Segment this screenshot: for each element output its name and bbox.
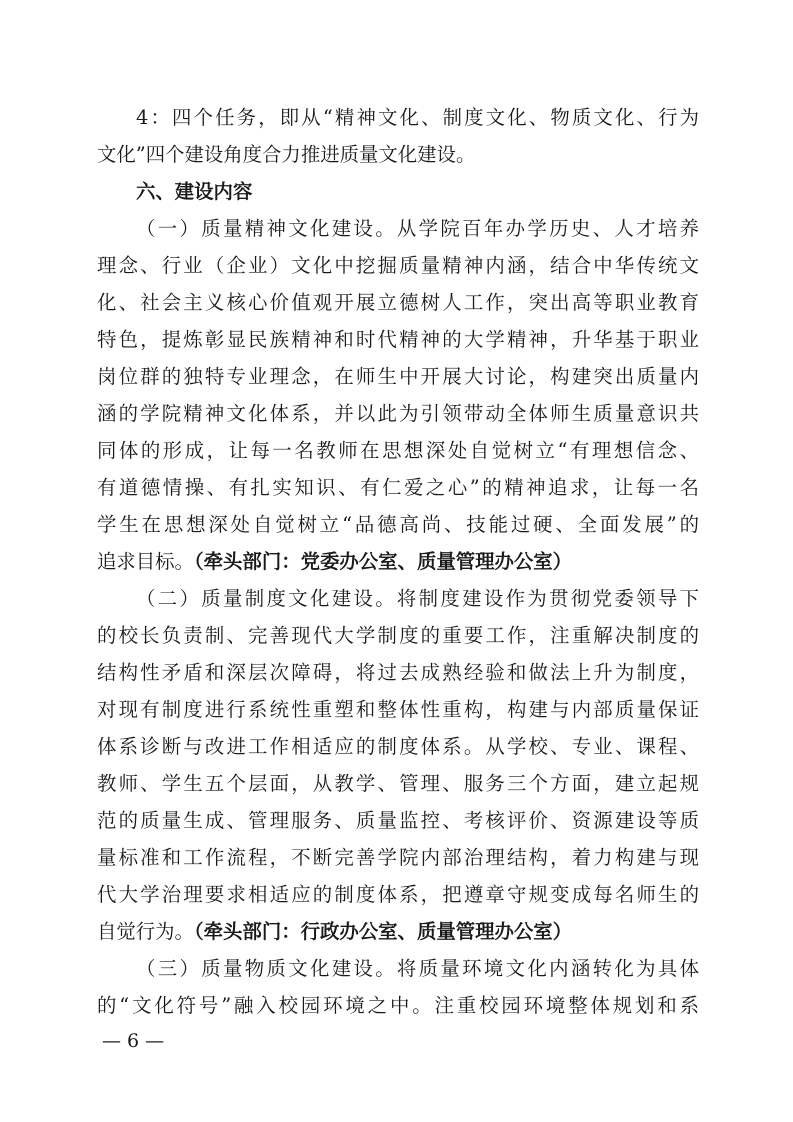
paragraph-line: （一）质量精神文化建设。从学院百年办学历史、人才培养 [136,214,699,244]
lead-department-note: （牵头部门：行政办公室、质量管理办公室） [194,920,572,943]
section-heading: 六、建设内容 [136,177,699,207]
paragraph-line: 结构性矛盾和深层次障碍，将过去成熟经验和做法上升为制度， [97,658,699,688]
paragraph-line-with-department: 自觉行为。（牵头部门：行政办公室、质量管理办公室） [97,917,699,947]
paragraph-line: 的校长负责制、完善现代大学制度的重要工作，注重解决制度的 [97,621,699,651]
paragraph-line: 理念、行业（企业）文化中挖掘质量精神内涵，结合中华传统文 [97,251,699,281]
paragraph-line: 岗位群的独特专业理念，在师生中开展大讨论，构建突出质量内 [97,362,699,392]
paragraph-text: 自觉行为。 [97,920,194,943]
paragraph-line: 学生在思想深处自觉树立“品德高尚、技能过硬、全面发展”的 [97,510,699,540]
paragraph-text: 追求目标。 [97,550,194,573]
paragraph-line: 代大学治理要求相适应的制度体系，把遵章守规变成每名师生的 [97,880,699,910]
lead-department-note: （牵头部门：党委办公室、质量管理办公室） [194,550,572,573]
document-page: 4：四个任务，即从“精神文化、制度文化、物质文化、行为 文化”四个建设角度合力推… [0,0,793,1122]
paragraph-line: （三）质量物质文化建设。将质量环境文化内涵转化为具体 [136,954,699,984]
paragraph-line: 范的质量生成、管理服务、质量监控、考核评价、资源建设等质 [97,806,699,836]
paragraph-line: 涵的学院精神文化体系，并以此为引领带动全体师生质量意识共 [97,399,699,429]
paragraph-line: 有道德情操、有扎实知识、有仁爱之心”的精神追求，让每一名 [97,473,699,503]
page-number: — 6 — [102,1026,164,1056]
paragraph-line: 的“文化符号”融入校园环境之中。注重校园环境整体规划和系 [97,991,699,1021]
paragraph-line: 特色，提炼彰显民族精神和时代精神的大学精神，升华基于职业 [97,325,699,355]
paragraph-line: 体系诊断与改进工作相适应的制度体系。从学校、专业、课程、 [97,732,699,762]
paragraph-line: 同体的形成，让每一名教师在思想深处自觉树立“有理想信念、 [97,436,699,466]
paragraph-line: 4：四个任务，即从“精神文化、制度文化、物质文化、行为 [136,103,699,133]
paragraph-line: 化、社会主义核心价值观开展立德树人工作，突出高等职业教育 [97,288,699,318]
paragraph-line: 文化”四个建设角度合力推进质量文化建设。 [97,140,699,170]
paragraph-line-with-department: 追求目标。（牵头部门：党委办公室、质量管理办公室） [97,547,699,577]
paragraph-line: （二）质量制度文化建设。将制度建设作为贯彻党委领导下 [136,584,699,614]
paragraph-line: 量标准和工作流程，不断完善学院内部治理结构，着力构建与现 [97,843,699,873]
paragraph-line: 对现有制度进行系统性重塑和整体性重构，构建与内部质量保证 [97,695,699,725]
paragraph-line: 教师、学生五个层面，从教学、管理、服务三个方面，建立起规 [97,769,699,799]
